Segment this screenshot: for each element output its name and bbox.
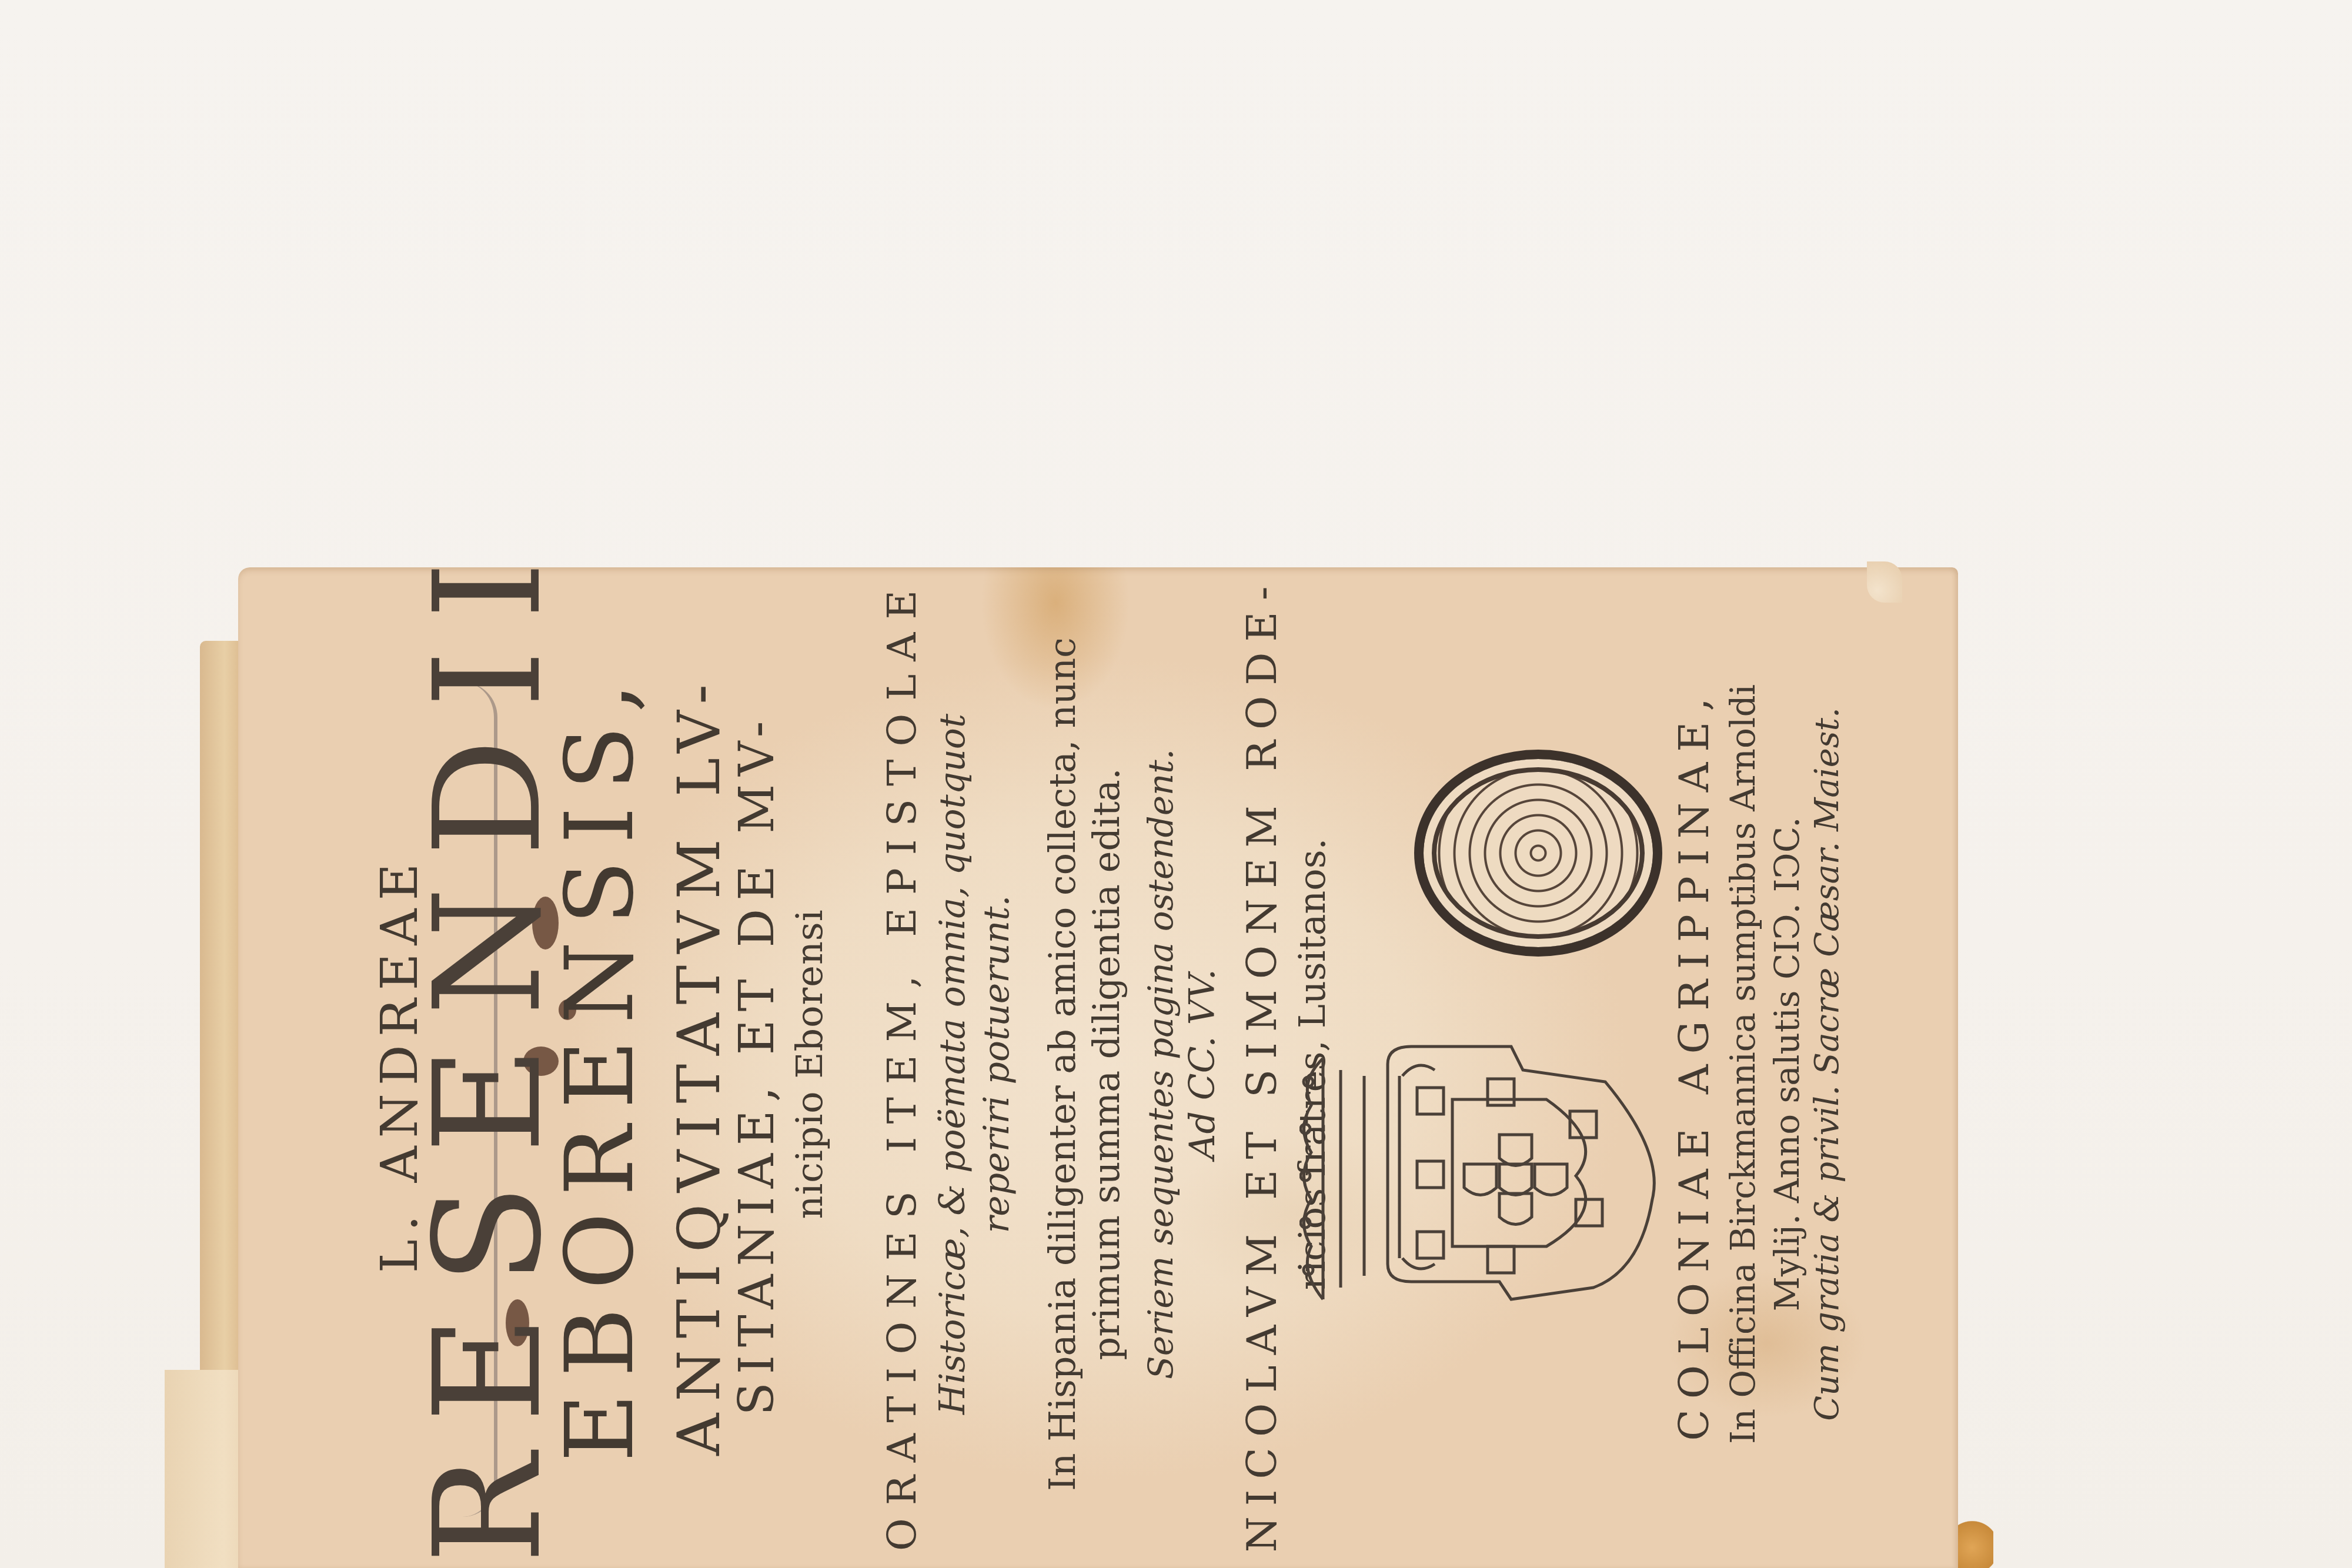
imprint-line: Cum gratia & privil. Sacræ Cæsar. Maiest… (1808, 564, 1846, 1564)
addressee-line: NICOLAVM ET SIMONEM RODE- (1238, 564, 1286, 1564)
author-surname: RESENDII (415, 564, 562, 1564)
contents-line: reperiri potuerunt. (976, 564, 1017, 1564)
library-stamp-icon (1414, 750, 1662, 957)
dedication-line: Ad CC. VV. (1182, 564, 1223, 1564)
author-origin: EBORENSIS, (553, 564, 647, 1564)
imprint-line: COLONIAE AGRIPPINAE, (1670, 564, 1718, 1564)
dedication-line: Seriem sequentes pagina ostendent. (1141, 564, 1181, 1564)
imprint-line: Mylij. Anno salutis CIϽ. IϽC. (1767, 564, 1807, 1564)
coat-of-arms-icon (1299, 1023, 1664, 1329)
page-corner-fold (1867, 561, 1902, 603)
title-line: ANTIQVITATVM LV- (664, 564, 733, 1564)
collection-line: In Hispania diligenter ab amico collecta… (1041, 564, 1084, 1564)
book-ribbon-fragment (1958, 1517, 1993, 1568)
title-line: SITANIAE, ET DE MV- (729, 564, 785, 1564)
title-line: nicipio Eborensi (788, 564, 831, 1564)
imprint-line: In Officina Birckmannica sumptibus Arnol… (1723, 564, 1763, 1564)
contents-line: ORATIONES ITEM, EPISTOLAE (879, 564, 926, 1564)
contents-line: Historicæ, & poëmata omnia, quotquot (932, 564, 973, 1564)
collection-line: primum summa diligentia edita. (1085, 564, 1128, 1564)
